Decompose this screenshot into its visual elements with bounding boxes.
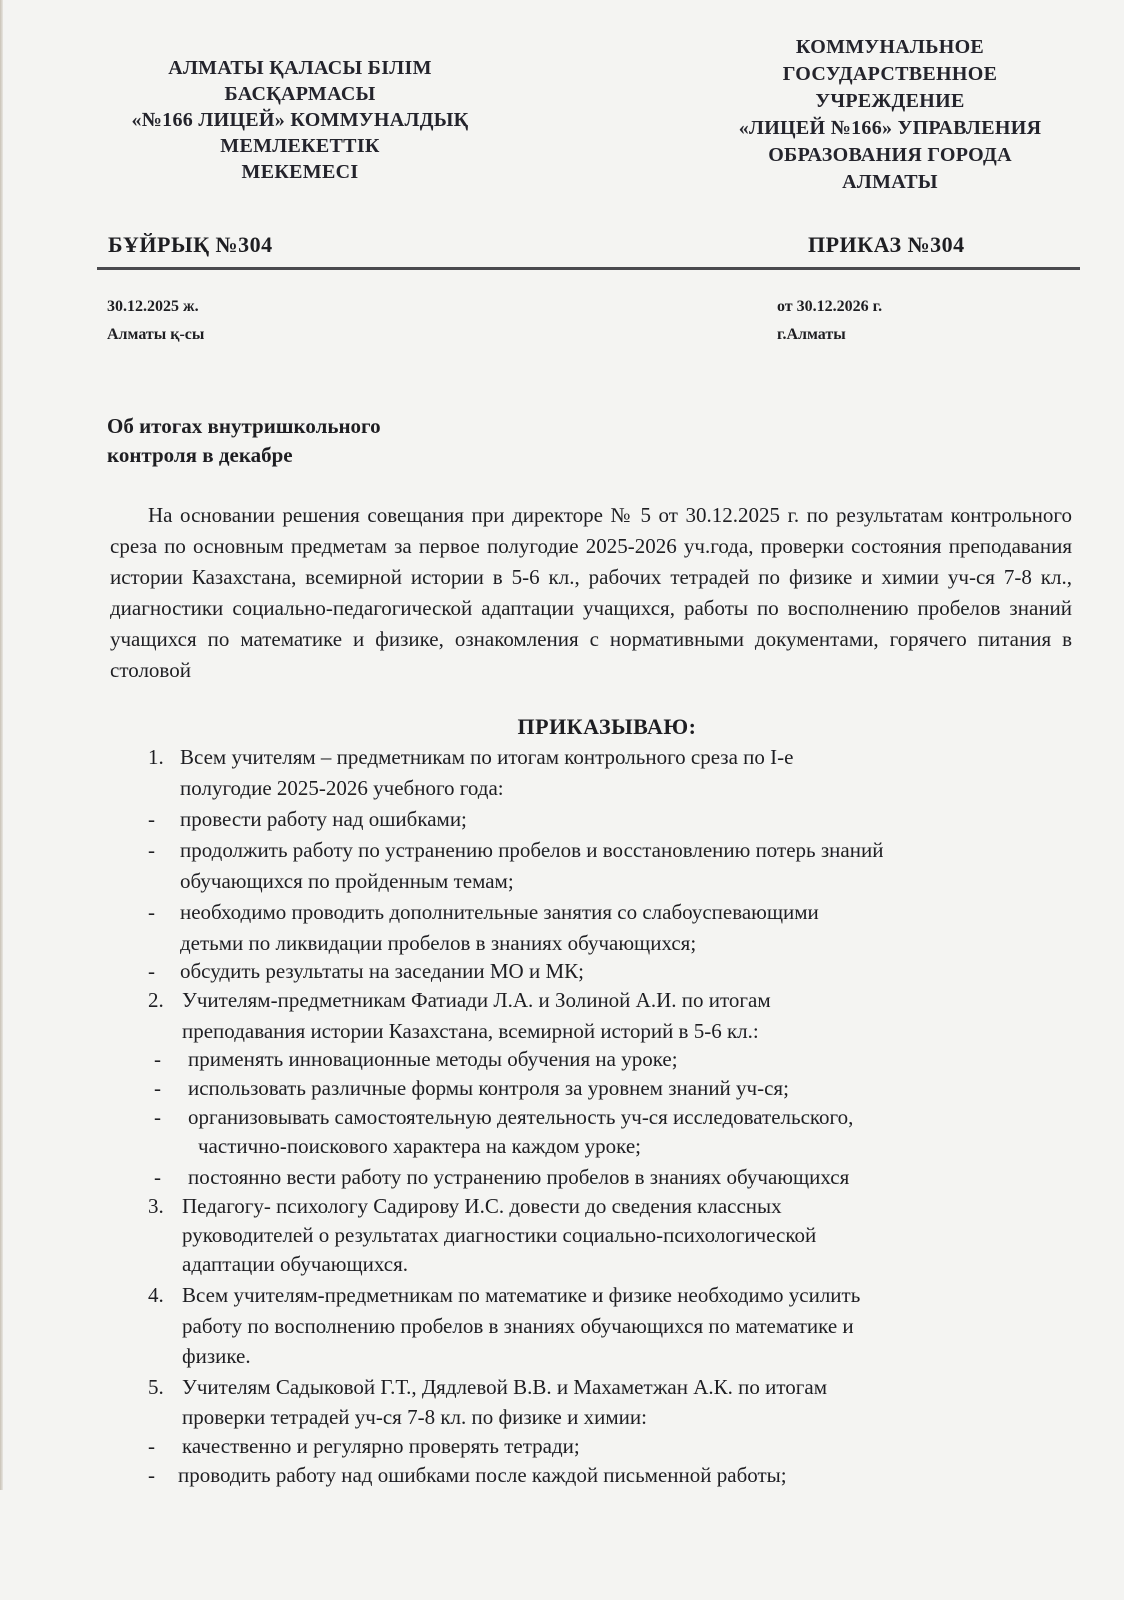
- order-number-kazakh: БҰЙРЫҚ №304: [108, 232, 273, 258]
- header-kazakh-line: БАСҚАРМАСЫ: [100, 81, 500, 107]
- header-russian-line: ОБРАЗОВАНИЯ ГОРОДА: [690, 142, 1090, 169]
- order-item-text: Педагогу- психологу Садирову И.С. довест…: [182, 1194, 782, 1219]
- order-number-russian: ПРИКАЗ №304: [808, 232, 965, 258]
- bullet-dash: -: [148, 959, 155, 984]
- continuation-text: работу по восполнению пробелов в знаниях…: [182, 1314, 854, 1339]
- bullet-dash: -: [148, 807, 155, 832]
- date-place-russian: от 30.12.2026 г. г.Алматы: [777, 293, 882, 349]
- header-divider: [97, 267, 1080, 270]
- continuation-text: полугодие 2025-2026 учебного года:: [180, 776, 504, 801]
- sub-item-text: продолжить работу по устранению пробелов…: [180, 838, 883, 863]
- sub-item-text: качественно и регулярно проверять тетрад…: [182, 1434, 580, 1459]
- bullet-dash: -: [148, 1434, 155, 1459]
- header-russian-line: КОММУНАЛЬНОЕ: [690, 34, 1090, 61]
- date-kazakh: 30.12.2025 ж.: [107, 293, 204, 321]
- continuation-text: адаптации обучающихся.: [182, 1252, 408, 1277]
- bullet-dash: -: [148, 1463, 155, 1488]
- subject-line: контроля в декабре: [107, 441, 381, 470]
- continuation-text: руководителей о результатах диагностики …: [182, 1223, 816, 1248]
- header-russian: КОММУНАЛЬНОЕ ГОСУДАРСТВЕННОЕ УЧРЕЖДЕНИЕ …: [690, 34, 1090, 196]
- bullet-dash: -: [154, 1076, 161, 1101]
- continuation-text: частично-поискового характера на каждом …: [198, 1134, 641, 1159]
- continuation-text: детьми по ликвидации пробелов в знаниях …: [180, 931, 696, 956]
- subject-line: Об итогах внутришкольного: [107, 412, 381, 441]
- city-russian: г.Алматы: [777, 321, 882, 349]
- bullet-dash: -: [154, 1105, 161, 1130]
- header-kazakh-line: МЕКЕМЕСІ: [100, 159, 500, 185]
- header-russian-line: ГОСУДАРСТВЕННОЕ: [690, 61, 1090, 88]
- order-item-text: Всем учителям-предметникам по математике…: [182, 1283, 860, 1308]
- continuation-text: проверки тетрадей уч-ся 7-8 кл. по физик…: [182, 1405, 647, 1430]
- sub-item-text: обсудить результаты на заседании МО и МК…: [180, 959, 584, 984]
- order-item-text: Всем учителям – предметникам по итогам к…: [180, 745, 793, 770]
- sub-item-text: использовать различные формы контроля за…: [188, 1076, 789, 1101]
- city-kazakh: Алматы қ-сы: [107, 321, 204, 349]
- sub-item-text: применять инновационные методы обучения …: [188, 1047, 678, 1072]
- continuation-text: преподавания истории Казахстана, всемирн…: [182, 1019, 759, 1044]
- header-russian-line: УЧРЕЖДЕНИЕ: [690, 88, 1090, 115]
- sub-item-text: необходимо проводить дополнительные заня…: [180, 900, 819, 925]
- date-place-kazakh: 30.12.2025 ж. Алматы қ-сы: [107, 293, 204, 349]
- decree-heading: ПРИКАЗЫВАЮ:: [0, 714, 1124, 740]
- item-number: 4.: [148, 1283, 164, 1308]
- order-item-text: Учителям-предметникам Фатиади Л.А. и Зол…: [182, 988, 771, 1013]
- order-item-text: Учителям Садыковой Г.Т., Дядлевой В.В. и…: [182, 1375, 827, 1400]
- continuation-text: физике.: [182, 1344, 251, 1369]
- continuation-text: обучающихся по пройденным темам;: [180, 869, 514, 894]
- header-russian-line: АЛМАТЫ: [690, 169, 1090, 196]
- item-number: 2.: [148, 988, 164, 1013]
- bullet-dash: -: [154, 1165, 161, 1190]
- page-edge: [0, 0, 3, 1490]
- bullet-dash: -: [148, 838, 155, 863]
- bullet-dash: -: [148, 900, 155, 925]
- preamble-paragraph: На основании решения совещания при дирек…: [110, 500, 1072, 686]
- item-number: 3.: [148, 1194, 164, 1219]
- sub-item-text: организовывать самостоятельную деятельно…: [188, 1105, 853, 1130]
- header-kazakh-line: «№166 ЛИЦЕЙ» КОММУНАЛДЫҚ: [100, 107, 500, 133]
- sub-item-text: проводить работу над ошибками после кажд…: [178, 1463, 787, 1488]
- sub-item-text: постоянно вести работу по устранению про…: [188, 1165, 849, 1190]
- header-kazakh-line: МЕМЛЕКЕТТІК: [100, 133, 500, 159]
- sub-item-text: провести работу над ошибками;: [180, 807, 467, 832]
- item-number: 1.: [148, 745, 164, 770]
- item-number: 5.: [148, 1375, 164, 1400]
- date-russian: от 30.12.2026 г.: [777, 293, 882, 321]
- header-kazakh-line: АЛМАТЫ ҚАЛАСЫ БІЛІМ: [100, 55, 500, 81]
- header-russian-line: «ЛИЦЕЙ №166» УПРАВЛЕНИЯ: [690, 115, 1090, 142]
- bullet-dash: -: [154, 1047, 161, 1072]
- document-page: АЛМАТЫ ҚАЛАСЫ БІЛІМ БАСҚАРМАСЫ «№166 ЛИЦ…: [0, 0, 1124, 1600]
- header-kazakh: АЛМАТЫ ҚАЛАСЫ БІЛІМ БАСҚАРМАСЫ «№166 ЛИЦ…: [100, 55, 500, 185]
- order-subject: Об итогах внутришкольного контроля в дек…: [107, 412, 381, 470]
